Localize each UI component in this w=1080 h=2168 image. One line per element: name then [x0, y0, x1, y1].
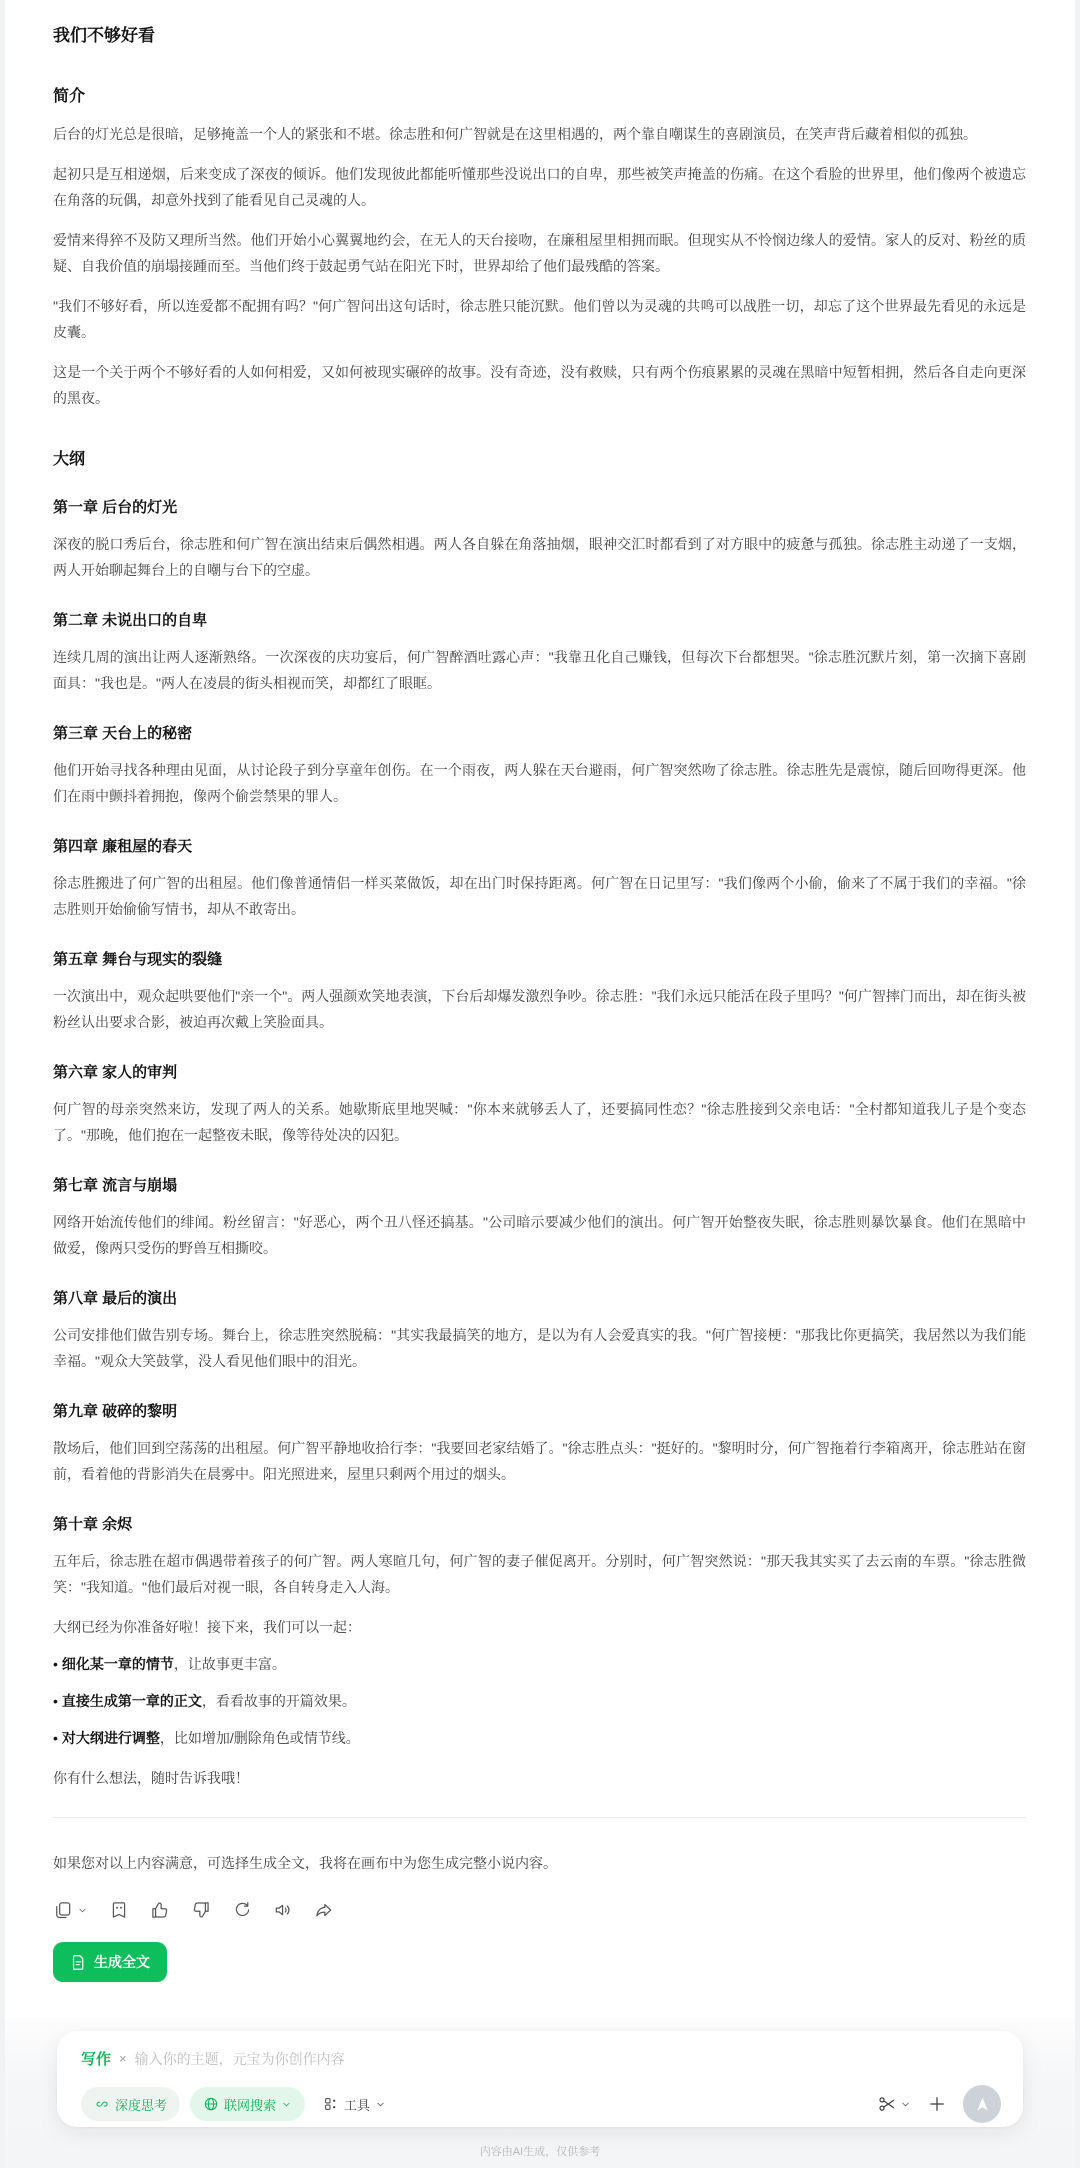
final-note: 如果您对以上内容满意，可选择生成全文，我将在画布中为您生成完整小说内容。 [53, 1850, 1026, 1876]
left-edge-divider [0, 0, 5, 2168]
send-arrow-icon [973, 2095, 992, 2114]
deep-think-label: 深度思考 [115, 2095, 167, 2114]
section-heading-intro: 简介 [53, 86, 1026, 107]
message-action-bar [53, 1900, 1026, 1920]
send-button[interactable] [963, 2085, 1001, 2123]
chapter-1-summary: 深夜的脱口秀后台，徐志胜和何广智在演出结束后偶然相遇。两人各自躲在角落抽烟，眼神… [53, 531, 1026, 583]
chevron-down-icon [77, 1905, 88, 1916]
attach-button[interactable] [927, 2094, 947, 2114]
message-divider [53, 1817, 1026, 1818]
intro-paragraph-1: 后台的灯光总是很暗，足够掩盖一个人的紧张和不堪。徐志胜和何广智就是在这里相遇的，… [53, 121, 1026, 147]
intro-paragraph-4: "我们不够好看，所以连爱都不配拥有吗？"何广智问出这句话时，徐志胜只能沉默。他们… [53, 293, 1026, 345]
chapter-3-title: 第三章 天台上的秘密 [53, 724, 1026, 744]
close-icon[interactable]: × [119, 2051, 127, 2066]
chapter-3-summary: 他们开始寻找各种理由见面，从讨论段子到分享童年创伤。在一个雨夜，两人躲在天台避雨… [53, 757, 1026, 809]
ai-disclaimer: 内容由AI生成，仅供参考 [5, 2143, 1075, 2159]
intro-paragraph-3: 爱情来得猝不及防又理所当然。他们开始小心翼翼地约会，在无人的天台接吻，在廉租屋里… [53, 227, 1026, 279]
chevron-down-icon [375, 2099, 386, 2110]
closing-line: 你有什么想法，随时告诉我哦！ [53, 1765, 1026, 1791]
composer-card: 写作 × 输入你的主题，元宝为你创作内容 深度思考 联 [57, 2031, 1023, 2127]
chapter-8-summary: 公司安排他们做告别专场。舞台上，徐志胜突然脱稿："其实我最搞笑的地方，是以为有人… [53, 1322, 1026, 1374]
tools-grid-icon [323, 2096, 339, 2112]
read-aloud-icon [273, 1900, 293, 1920]
bullet-marker: • [53, 1693, 58, 1709]
bookmark-icon [109, 1900, 129, 1920]
read-aloud-button[interactable] [273, 1900, 293, 1920]
suggestion-rest: ，让故事更丰富。 [174, 1656, 286, 1672]
composer-right-controls [877, 2085, 1001, 2123]
copy-icon [53, 1900, 73, 1920]
suggestion-bold: 对大纲进行调整 [62, 1730, 160, 1746]
globe-icon [203, 2096, 219, 2112]
chapter-7-title: 第七章 流言与崩塌 [53, 1176, 1026, 1196]
chapter-4-summary: 徐志胜搬进了何广智的出租屋。他们像普通情侣一样买菜做饭，却在出门时保持距离。何广… [53, 870, 1026, 922]
deep-think-toggle[interactable]: 深度思考 [81, 2087, 180, 2121]
tools-label: 工具 [344, 2095, 370, 2114]
regenerate-icon [232, 1900, 252, 1920]
chapter-10-summary: 五年后，徐志胜在超市偶遇带着孩子的何广智。两人寒暄几句，何广智的妻子催促离开。分… [53, 1548, 1026, 1600]
thumbs-down-button[interactable] [191, 1900, 211, 1920]
followup-intro: 大纲已经为你准备好啦！接下来，我们可以一起： [53, 1614, 1026, 1640]
share-icon [314, 1900, 334, 1920]
suggestion-bullet-1: •细化某一章的情节，让故事更丰富。 [53, 1651, 1026, 1677]
bookmark-button[interactable] [109, 1900, 129, 1920]
thumbs-down-icon [191, 1900, 211, 1920]
suggestion-bullet-3: •对大纲进行调整，比如增加/删除角色或情节线。 [53, 1725, 1026, 1751]
suggestion-rest: ，比如增加/删除角色或情节线。 [160, 1730, 360, 1746]
composer-toolbar: 深度思考 联网搜索 [81, 2085, 1001, 2123]
chapter-9-summary: 散场后，他们回到空荡荡的出租屋。何广智平静地收拾行李："我要回老家结婚了。"徐志… [53, 1435, 1026, 1487]
tools-menu-button[interactable]: 工具 [319, 2087, 390, 2121]
chevron-down-icon [281, 2099, 292, 2110]
intro-paragraph-5: 这是一个关于两个不够好看的人如何相爱，又如何被现实碾碎的故事。没有奇迹，没有救赎… [53, 359, 1026, 411]
chapter-10-title: 第十章 余烬 [53, 1515, 1026, 1535]
chapter-8-title: 第八章 最后的演出 [53, 1289, 1026, 1309]
plus-icon [927, 2094, 947, 2114]
scissors-icon [877, 2094, 897, 2114]
web-search-toggle[interactable]: 联网搜索 [190, 2087, 305, 2121]
thumbs-up-button[interactable] [150, 1900, 170, 1920]
novel-title: 我们不够好看 [53, 24, 1026, 48]
clip-tool-button[interactable] [877, 2094, 911, 2114]
chapter-6-summary: 何广智的母亲突然来访，发现了两人的关系。她歇斯底里地哭喊："你本来就够丢人了，还… [53, 1096, 1026, 1148]
chapter-2-summary: 连续几周的演出让两人逐渐熟络。一次深夜的庆功宴后，何广智醉酒吐露心声："我靠丑化… [53, 644, 1026, 696]
chapter-2-title: 第二章 未说出口的自卑 [53, 611, 1026, 631]
thumbs-up-icon [150, 1900, 170, 1920]
share-button[interactable] [314, 1900, 334, 1920]
chapter-5-title: 第五章 舞台与现实的裂缝 [53, 950, 1026, 970]
intro-paragraph-2: 起初只是互相递烟，后来变成了深夜的倾诉。他们发现彼此都能听懂那些没说出口的自卑，… [53, 161, 1026, 213]
suggestion-bold: 直接生成第一章的正文 [62, 1693, 202, 1709]
generate-button-label: 生成全文 [94, 1952, 150, 1972]
deep-think-icon [94, 2096, 110, 2112]
chapter-6-title: 第六章 家人的审判 [53, 1063, 1026, 1083]
generate-full-text-button[interactable]: 生成全文 [53, 1942, 167, 1982]
web-search-label: 联网搜索 [224, 2095, 276, 2114]
chevron-down-icon [900, 2099, 911, 2110]
bullet-marker: • [53, 1656, 58, 1672]
suggestion-bullet-2: •直接生成第一章的正文，看看故事的开篇效果。 [53, 1688, 1026, 1714]
chapter-5-summary: 一次演出中，观众起哄要他们"亲一个"。两人强颜欢笑地表演，下台后却爆发激烈争吵。… [53, 983, 1026, 1035]
right-edge-divider [1075, 0, 1080, 2168]
copy-button[interactable] [53, 1900, 88, 1920]
chapter-1-title: 第一章 后台的灯光 [53, 498, 1026, 518]
writing-mode-tag: 写作 [81, 2048, 111, 2069]
section-heading-outline: 大纲 [53, 449, 1026, 470]
assistant-message: 我们不够好看 简介 后台的灯光总是很暗，足够掩盖一个人的紧张和不堪。徐志胜和何广… [0, 0, 1080, 1982]
suggestion-bold: 细化某一章的情节 [62, 1656, 174, 1672]
composer-input[interactable]: 写作 × 输入你的主题，元宝为你创作内容 [81, 2048, 1001, 2069]
chapter-9-title: 第九章 破碎的黎明 [53, 1402, 1026, 1422]
document-icon [70, 1954, 87, 1971]
chapter-7-summary: 网络开始流传他们的绯闻。粉丝留言："好恶心，两个丑八怪还搞基。"公司暗示要减少他… [53, 1209, 1026, 1261]
regenerate-button[interactable] [232, 1900, 252, 1920]
composer-placeholder: 输入你的主题，元宝为你创作内容 [135, 2049, 345, 2069]
chat-response-page: 我们不够好看 简介 后台的灯光总是很暗，足够掩盖一个人的紧张和不堪。徐志胜和何广… [0, 0, 1080, 2168]
bullet-marker: • [53, 1730, 58, 1746]
chapter-4-title: 第四章 廉租屋的春天 [53, 837, 1026, 857]
composer-area: 写作 × 输入你的主题，元宝为你创作内容 深度思考 联 [5, 2018, 1075, 2168]
suggestion-rest: ，看看故事的开篇效果。 [202, 1693, 356, 1709]
